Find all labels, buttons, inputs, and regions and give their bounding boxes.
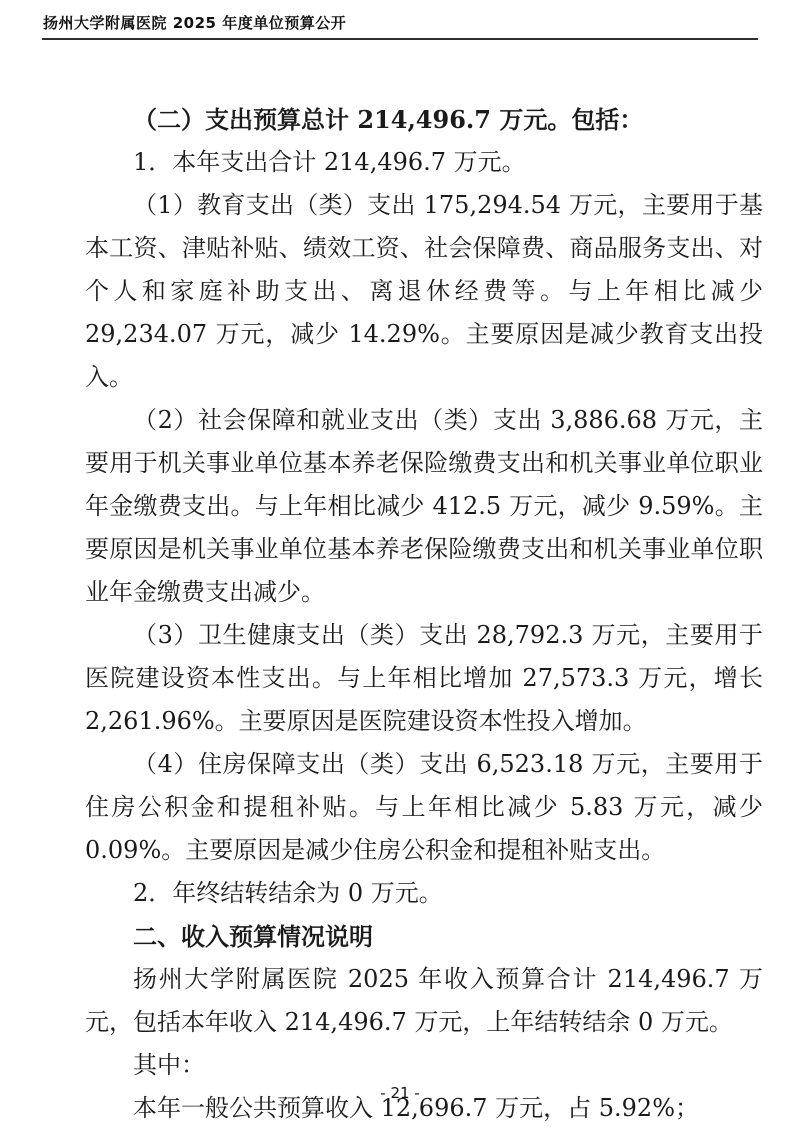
- header-divider: [42, 38, 758, 40]
- paragraph-education-expenditure: （1）教育支出（类）支出 175,294.54 万元，主要用于基本工资、津贴补贴…: [85, 184, 763, 399]
- section-heading-expenditure-total: （二）支出预算总计 214,496.7 万元。包括：: [85, 98, 763, 141]
- paragraph-current-year-expenditure: 1．本年支出合计 214,496.7 万元。: [85, 141, 763, 184]
- page-header-title: 扬州大学附属医院 2025 年度单位预算公开: [43, 12, 346, 33]
- document-body: （二）支出预算总计 214,496.7 万元。包括： 1．本年支出合计 214,…: [85, 98, 763, 1130]
- paragraph-social-security-expenditure: （2）社会保障和就业支出（类）支出 3,886.68 万元，主要用于机关事业单位…: [85, 399, 763, 614]
- paragraph-year-end-carryover: 2．年终结转结余为 0 万元。: [85, 872, 763, 915]
- paragraph-among-which: 其中：: [85, 1044, 763, 1087]
- paragraph-health-expenditure: （3）卫生健康支出（类）支出 28,792.3 万元，主要用于医院建设资本性支出…: [85, 614, 763, 743]
- document-page: 扬州大学附属医院 2025 年度单位预算公开 （二）支出预算总计 214,496…: [0, 0, 800, 1131]
- footer-page-number: - 21 -: [0, 1084, 800, 1102]
- section-heading-revenue-budget: 二、收入预算情况说明: [85, 915, 763, 958]
- paragraph-housing-expenditure: （4）住房保障支出（类）支出 6,523.18 万元，主要用于住房公积金和提租补…: [85, 743, 763, 872]
- paragraph-revenue-total: 扬州大学附属医院 2025 年收入预算合计 214,496.7 万元，包括本年收…: [85, 958, 763, 1044]
